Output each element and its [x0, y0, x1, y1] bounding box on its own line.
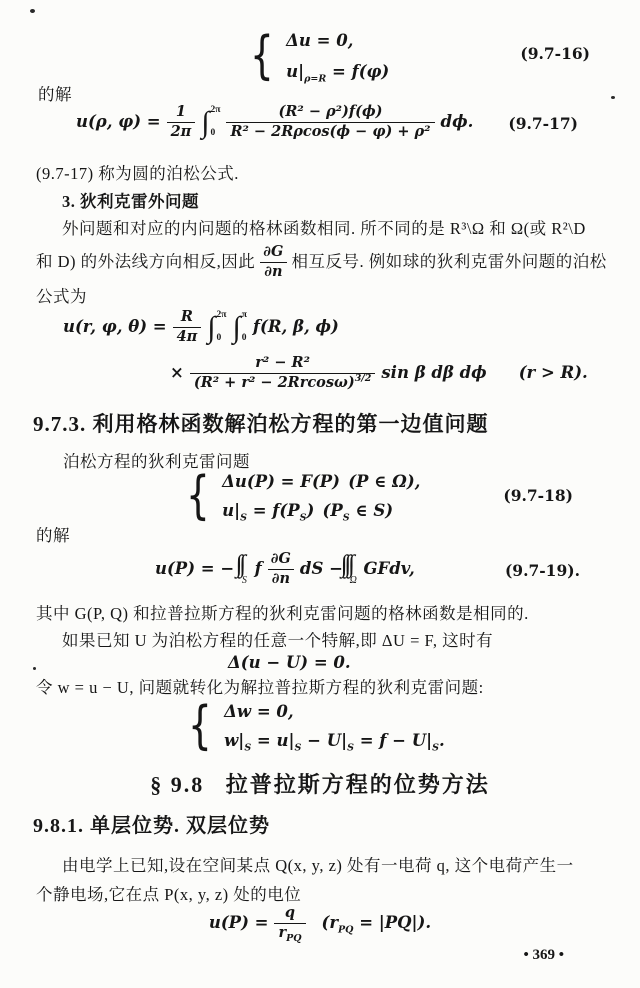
triple-integral-sign-icon: ∫∫∫	[348, 552, 359, 577]
math-subscript: ρ=R	[304, 73, 326, 84]
upper-limit: 2π	[211, 106, 221, 116]
equation-9-7-19: u(P) = − ∫∫ S f ∂G ∂n dS − ∫∫∫ Ω GFdv,	[155, 545, 415, 593]
math-token: dS −	[300, 558, 343, 579]
fraction: r² − R² (R² + r² − 2Rrcosω)3/2	[190, 355, 376, 391]
math-token: = f(φ)	[326, 62, 389, 81]
fraction: q rPQ	[274, 905, 305, 941]
left-brace-icon: {	[188, 700, 212, 752]
math-token: (R² + r² − 2Rrcosω)	[194, 374, 355, 391]
scan-speck	[30, 9, 35, 13]
paragraph-let-w: 令 w = u − U, 问题就转化为解拉普拉斯方程的狄利克雷问题:	[36, 677, 484, 698]
eq-lhs: u(r, φ, θ) =	[63, 316, 167, 337]
math-token: dϕ.	[441, 111, 474, 132]
fraction: 1 2π	[167, 104, 196, 140]
math-token: GFdv,	[363, 558, 414, 579]
fraction-dG-dn: ∂G ∂n	[267, 551, 295, 587]
system-lines: Δu = 0, u|ρ=R = f(φ)	[286, 30, 389, 82]
double-integral-sign-icon: ∫∫	[239, 552, 250, 577]
fraction-numerator: q	[281, 905, 299, 923]
equation-sphere-line2: × r² − R² (R² + r² − 2Rrcosω)3/2 sin β d…	[170, 350, 588, 396]
fraction: R 4π	[173, 309, 202, 345]
integral-sign-icon: ∫	[201, 109, 209, 136]
equation-number-9-7-19: (9.7-19).	[505, 561, 580, 581]
math-subscript: PQ	[286, 932, 301, 943]
section-number: § 9.8	[150, 772, 204, 797]
fraction-denominator: 2π	[167, 122, 196, 141]
fraction-numerator: R	[177, 309, 197, 327]
left-brace-icon: {	[186, 470, 210, 522]
fraction-numerator: (R² − ρ²)f(ϕ)	[275, 104, 387, 122]
lower-limit: 0	[211, 129, 221, 139]
equation-number-9-7-18: (9.7-18)	[503, 486, 573, 506]
paragraph-poisson-circle: (9.7-17) 称为圆的泊松公式.	[36, 163, 239, 184]
heading-9-8-1: 9.8.1. 单层位势. 双层位势	[33, 813, 270, 839]
equation-number-9-7-16: (9.7-16)	[520, 44, 590, 64]
math-token: = |PQ|).	[353, 913, 431, 932]
integral: ∫ π 0	[232, 311, 246, 343]
math-token: f(R, β, ϕ)	[253, 316, 339, 337]
integral-limits: π 0	[242, 311, 247, 343]
text-solution-label-1: 的解	[38, 84, 72, 105]
integral-limits: 2π 0	[217, 311, 227, 343]
math-token: .	[439, 731, 445, 750]
scan-speck	[611, 96, 615, 99]
heading-9-8: § 9.8 拉普拉斯方程的位势方法	[0, 771, 640, 800]
eq-lhs: u(P) =	[209, 912, 269, 933]
scanned-textbook-page: { Δu = 0, u|ρ=R = f(φ) (9.7-16) 的解 u(ρ, …	[0, 0, 640, 988]
heading-dirichlet-exterior: 3. 狄利克雷外问题	[62, 191, 199, 212]
fraction-dG-dn: ∂G ∂n	[259, 244, 287, 280]
eq-9-7-16-line1: Δu = 0,	[286, 30, 389, 51]
math-token: − U|	[301, 731, 347, 750]
equation-delta-u-U: Δ(u − U) = 0.	[228, 652, 351, 673]
math-token: = f − U|	[354, 731, 432, 750]
math-subscript: S	[343, 512, 350, 523]
condition: (r > R).	[519, 362, 588, 383]
system-lines: Δw = 0, w|S = u|S − U|S = f − U|S.	[224, 701, 445, 751]
fraction-denominator: rPQ	[274, 923, 305, 942]
paragraph-green-same: 其中 G(P, Q) 和拉普拉斯方程的狄利克雷问题的格林函数是相同的.	[36, 603, 529, 624]
equation-9-7-17: u(ρ, φ) = 1 2π ∫ 2π 0 (R² − ρ²)f(ϕ) R² −…	[76, 98, 473, 146]
math-subscript: PQ	[338, 925, 353, 936]
eq-lhs: u(ρ, φ) =	[76, 111, 161, 132]
fraction-denominator: 4π	[173, 327, 202, 346]
eq-9-7-18-line1: Δu(P) = F(P) (P ∈ Ω),	[222, 471, 420, 492]
lower-limit: 0	[217, 334, 227, 344]
math-token: u|	[222, 501, 240, 520]
paragraph-particular-solution: 如果已知 U 为泊松方程的任意一个特解,即 ΔU = F, 这时有	[62, 630, 493, 651]
double-integral: ∫∫ S	[239, 552, 250, 586]
math-token: w|	[224, 731, 244, 750]
lower-limit: 0	[242, 334, 247, 344]
fraction-denominator: ∂n	[260, 262, 286, 281]
paragraph-charge-line1: 由电学上已知,设在空间某点 Q(x, y, z) 处有一电荷 q, 这个电荷产生…	[62, 855, 574, 876]
fraction: (R² − ρ²)f(ϕ) R² − 2Rρcos(ϕ − φ) + ρ²	[226, 104, 434, 140]
section-title: 拉普拉斯方程的位势方法	[226, 772, 490, 797]
text-run: 和 D) 的外法线方向相反,因此	[36, 251, 255, 272]
fraction-numerator: ∂G	[267, 551, 295, 569]
math-superscript: 3/2	[355, 373, 372, 384]
fraction-denominator: ∂n	[268, 569, 294, 588]
integral-domain: S	[242, 576, 247, 586]
math-token: ) (P	[306, 501, 342, 520]
paragraph-exterior-line1: 外问题和对应的内问题的格林函数相同. 所不同的是 R³\Ω 和 Ω(或 R²\D	[62, 218, 586, 239]
scan-speck	[33, 667, 36, 670]
eq-9-7-16-line2: u|ρ=R = f(φ)	[286, 61, 389, 82]
eq-lhs: u(P) = −	[155, 558, 234, 579]
left-brace-icon: {	[250, 30, 274, 82]
integral: ∫ 2π 0	[201, 106, 220, 138]
math-token: ∈ S)	[350, 501, 393, 520]
math-token: = u|	[251, 731, 294, 750]
paragraph-exterior-line2: 和 D) 的外法线方向相反,因此 ∂G ∂n 相互反号. 例如球的狄利克雷外问题…	[36, 244, 607, 280]
fraction-denominator: (R² + r² − 2Rrcosω)3/2	[190, 373, 376, 392]
equation-system-9-7-16: { Δu = 0, u|ρ=R = f(φ)	[250, 30, 389, 82]
integral: ∫ 2π 0	[207, 311, 226, 343]
eq-w-line2: w|S = u|S − U|S = f − U|S.	[224, 730, 445, 751]
text-run: 相互反号. 例如球的狄利克雷外问题的泊松	[291, 251, 606, 272]
eq-9-7-18-line2: u|S = f(PS) (PS ∈ S)	[222, 500, 420, 521]
condition: (rPQ = |PQ|).	[322, 912, 432, 933]
math-token: sin β dβ dϕ	[381, 362, 486, 383]
heading-9-7-3: 9.7.3. 利用格林函数解泊松方程的第一边值问题	[33, 411, 489, 438]
fraction-denominator: R² − 2Rρcos(ϕ − φ) + ρ²	[226, 122, 434, 141]
math-token: f	[255, 558, 262, 579]
upper-limit: 2π	[217, 311, 227, 321]
triple-integral: ∫∫∫ Ω	[348, 552, 359, 586]
math-subscript: S	[347, 742, 354, 753]
equation-system-w: { Δw = 0, w|S = u|S − U|S = f − U|S.	[188, 700, 445, 752]
math-subscript: S	[432, 742, 439, 753]
math-token: (r	[322, 913, 339, 932]
integral-domain: Ω	[350, 576, 357, 586]
integral-limits: 2π 0	[211, 106, 221, 138]
fraction-numerator: ∂G	[259, 244, 287, 262]
page-number: • 369 •	[523, 946, 564, 966]
eq-w-line1: Δw = 0,	[224, 701, 445, 722]
fraction-numerator: 1	[172, 104, 190, 122]
integral-sign-icon: ∫	[232, 314, 240, 341]
upper-limit: π	[242, 311, 247, 321]
integral-sign-icon: ∫	[207, 314, 215, 341]
equation-potential: u(P) = q rPQ (rPQ = |PQ|).	[0, 901, 640, 945]
equation-system-9-7-18: { Δu(P) = F(P) (P ∈ Ω), u|S = f(PS) (PS …	[186, 470, 420, 522]
math-token: r	[278, 924, 286, 941]
math-token: u|	[286, 62, 304, 81]
system-lines: Δu(P) = F(P) (P ∈ Ω), u|S = f(PS) (PS ∈ …	[222, 471, 420, 521]
math-token: = f(P	[247, 501, 300, 520]
equation-sphere-line1: u(r, φ, θ) = R 4π ∫ 2π 0 ∫ π 0 f(R, β, ϕ…	[63, 304, 339, 350]
times-sign: ×	[170, 362, 184, 383]
equation-number-9-7-17: (9.7-17)	[508, 114, 578, 134]
math-subscript: S	[240, 512, 247, 523]
fraction-numerator: r² − R²	[251, 355, 314, 373]
text-solution-label-2: 的解	[36, 525, 70, 546]
